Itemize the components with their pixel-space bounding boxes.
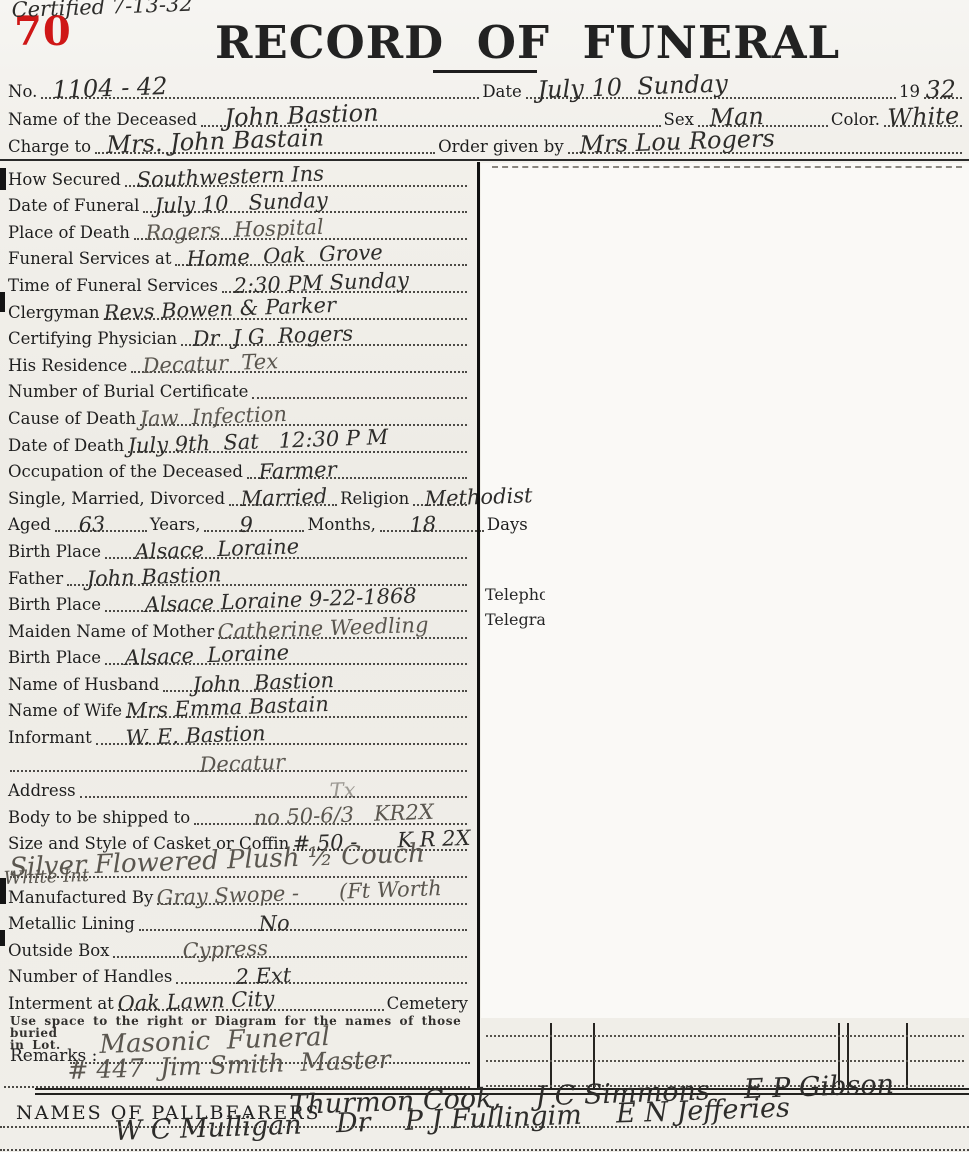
- telephone-label: Telephone: [485, 582, 545, 607]
- field-line: July 9th Sat 12:30 P M: [128, 451, 467, 453]
- form-field-row: Interment atOak Lawn CityCemetery: [8, 987, 470, 1014]
- order-given-by-label: Order given by: [438, 137, 566, 157]
- field-line: 18: [380, 530, 484, 532]
- field-label: Time of Funeral Services: [8, 276, 220, 296]
- field-label: Days: [487, 515, 530, 535]
- field-value: July 10 Sunday: [155, 188, 329, 218]
- field-label: Date of Funeral: [8, 196, 141, 216]
- form-field-row: Metallic LiningNo: [8, 908, 470, 935]
- form-title: RECORD OF FUNERAL: [215, 16, 735, 69]
- form-field-row: Certifying PhysicianDr J G Rogers: [8, 323, 470, 350]
- form-field-row: Outside BoxCypress: [8, 934, 470, 961]
- field-value: John Bastion: [86, 562, 222, 591]
- field-label: Months,: [307, 515, 377, 535]
- year-value: 32: [925, 75, 957, 104]
- form-field-row: AddressTx: [8, 775, 470, 802]
- field-value: Rogers Hospital: [145, 215, 324, 245]
- lot-grid-line: [593, 1023, 595, 1088]
- form-field-row: Name of HusbandJohn Bastion: [8, 668, 470, 695]
- no-label: No.: [8, 82, 39, 102]
- form-field-row: Cause of DeathJaw Infection: [8, 402, 470, 429]
- header-row-name: Name of the Deceased John Bastion Sex Ma…: [8, 104, 965, 130]
- field-label: Outside Box: [8, 941, 111, 961]
- field-label: His Residence: [8, 356, 129, 376]
- field-label: How Secured: [8, 170, 123, 190]
- field-line: Catherine Weedling: [218, 637, 467, 639]
- field-line: Home Oak Grove: [175, 264, 467, 266]
- field-line: 2:30 PM Sunday: [222, 291, 467, 293]
- field-value: No: [258, 911, 290, 936]
- scan-artifact: [0, 930, 5, 946]
- header-separator-dashed: [492, 166, 962, 168]
- field-value: 9: [240, 513, 254, 537]
- pallbearers-rule-1: [0, 1126, 969, 1128]
- field-label: Manufactured By: [8, 888, 155, 908]
- field-line: No: [139, 929, 467, 931]
- side-labels: Telephone Telegram: [485, 582, 545, 634]
- form-field-row: Body to be shipped tono 50-6/3 KR2X: [8, 801, 470, 828]
- year-prefix: 19: [899, 82, 922, 102]
- field-label: Single, Married, Divorced: [8, 489, 227, 509]
- field-label: Cemetery: [387, 994, 470, 1014]
- no-line: 1104 - 42: [41, 97, 479, 99]
- field-value: W. E. Bastion: [125, 721, 266, 750]
- date-label: Date: [482, 82, 523, 102]
- field-value: Farmer: [258, 457, 337, 484]
- form-field-row: Place of DeathRogers Hospital: [8, 216, 470, 243]
- telegram-label: Telegram: [485, 607, 545, 632]
- field-value: Tx: [329, 778, 356, 803]
- header-row-charge: Charge to Mrs. John Bastain Order given …: [8, 131, 965, 157]
- certified-annotation: Certified 7-13-32: [11, 0, 193, 22]
- color-label: Color.: [831, 110, 882, 130]
- scan-artifact: [0, 292, 5, 312]
- field-line: Decatur: [10, 770, 467, 772]
- funeral-record-scan: 70 Certified 7-13-32 RECORD OF FUNERAL N…: [0, 0, 969, 1152]
- field-label: Occupation of the Deceased: [8, 462, 245, 482]
- field-value: Gray Swope - (Ft Worth: [157, 876, 443, 910]
- year-line: 32: [924, 97, 962, 99]
- form-field-row: Birth PlaceAlsace Loraine: [8, 642, 470, 669]
- color-value: White: [887, 102, 960, 132]
- field-label: Father: [8, 569, 65, 589]
- field-label: Maiden Name of Mother: [8, 622, 216, 642]
- lot-grid-row: [486, 1060, 964, 1062]
- field-value: Alsace Loraine: [124, 641, 289, 671]
- field-value: Oak Lawn City: [117, 987, 275, 1016]
- field-line: Alsace Loraine: [105, 663, 467, 665]
- column-divider: [477, 162, 480, 1088]
- form-field-row: Maiden Name of MotherCatherine Weedling: [8, 615, 470, 642]
- form-field-row: His ResidenceDecatur Tex: [8, 349, 470, 376]
- field-label: Body to be shipped to: [8, 808, 192, 828]
- field-line: [252, 397, 467, 399]
- no-value: 1104 - 42: [52, 72, 168, 104]
- field-label: Aged: [8, 515, 53, 535]
- field-value: July 9th Sat 12:30 P M: [127, 424, 388, 457]
- form-field-row: Funeral Services atHome Oak Grove: [8, 243, 470, 270]
- field-line: Dr J G Rogers: [181, 344, 467, 346]
- field-line: Rogers Hospital: [134, 238, 467, 240]
- field-label: Birth Place: [8, 595, 103, 615]
- field-label: Interment at: [8, 994, 116, 1014]
- field-line: Alsace Loraine 9-22-1868: [105, 610, 467, 612]
- form-field-row: Name of WifeMrs Emma Bastain: [8, 695, 470, 722]
- field-line: W. E. Bastion: [96, 743, 467, 745]
- field-line: Married: [229, 504, 337, 506]
- field-value: no 50-6/3 KR2X: [253, 800, 434, 830]
- field-label: Religion: [340, 489, 411, 509]
- field-label: Informant: [8, 728, 94, 748]
- field-label: Cause of Death: [8, 409, 138, 429]
- date-line: July 10 Sunday: [526, 97, 896, 99]
- charge-to-label: Charge to: [8, 137, 93, 157]
- form-field-row: Number of Handles2 Ext: [8, 961, 470, 988]
- field-label: Place of Death: [8, 223, 132, 243]
- form-field-row: Date of FuneralJuly 10 Sunday: [8, 190, 470, 217]
- field-label: Certifying Physician: [8, 329, 179, 349]
- header-row-no-date: No. 1104 - 42 Date July 10 Sunday 19 32: [8, 76, 965, 102]
- field-line: Mrs Emma Bastain: [126, 716, 467, 718]
- field-value: Dr J G Rogers: [192, 322, 353, 352]
- field-label: Clergyman: [8, 303, 102, 323]
- form-field-row: Single, Married, DivorcedMarriedReligion…: [8, 482, 470, 509]
- scan-artifact: [0, 878, 6, 904]
- field-value: Cypress: [183, 936, 269, 963]
- field-line: Alsace Loraine: [105, 557, 467, 559]
- field-value: Decatur: [199, 750, 285, 777]
- field-label: Address: [8, 781, 78, 801]
- deceased-name-label: Name of the Deceased: [8, 110, 199, 130]
- field-line: Cypress: [113, 956, 467, 958]
- field-label: Birth Place: [8, 648, 103, 668]
- lot-grid-row: [486, 1035, 964, 1037]
- order-given-by-value: Mrs Lou Rogers: [579, 124, 775, 159]
- field-line: Southwestern Ins: [125, 185, 467, 187]
- form-field-row: Birth PlaceAlsace Loraine 9-22-1868: [8, 589, 470, 616]
- color-line: White: [884, 125, 962, 127]
- field-label: Funeral Services at: [8, 249, 173, 269]
- field-line: Revs Bowen & Parker: [104, 318, 467, 320]
- form-field-row: Occupation of the DeceasedFarmer: [8, 456, 470, 483]
- field-label: Name of Wife: [8, 701, 124, 721]
- form-fields: How SecuredSouthwestern InsDate of Funer…: [8, 163, 470, 1014]
- form-field-row: How SecuredSouthwestern Ins: [8, 163, 470, 190]
- field-line: Gray Swope - (Ft Worth: [157, 903, 467, 905]
- field-line: Oak Lawn City: [118, 1009, 384, 1011]
- field-value: Decatur Tex: [142, 349, 278, 378]
- field-line: Jaw Infection: [140, 424, 467, 426]
- form-field-row: InformantW. E. Bastion: [8, 721, 470, 748]
- field-value: Revs Bowen & Parker: [103, 292, 336, 324]
- field-line: Tx: [80, 796, 467, 798]
- field-line: 9: [204, 530, 304, 532]
- field-line: Methodist: [413, 504, 467, 506]
- field-overwrite-value: White Int: [3, 865, 89, 889]
- field-value: 2 Ext: [236, 963, 292, 989]
- lot-grid-line: [550, 1023, 552, 1088]
- field-value: Catherine Weedling: [217, 612, 429, 643]
- field-value: Alsace Loraine 9-22-1868: [144, 584, 417, 617]
- form-field-row: Date of DeathJuly 9th Sat 12:30 P M: [8, 429, 470, 456]
- right-column-area: [481, 163, 969, 1018]
- field-label: Name of Husband: [8, 675, 161, 695]
- pallbearers-rule-2: [0, 1149, 969, 1151]
- field-value: Mrs Emma Bastain: [125, 692, 329, 723]
- field-value: Jaw Infection: [139, 402, 287, 431]
- field-value: Alsace Loraine: [134, 534, 299, 564]
- field-line: Farmer: [247, 477, 467, 479]
- lot-grid-line: [906, 1023, 908, 1088]
- header-separator: [0, 159, 969, 161]
- field-line: no 50-6/3 KR2X: [194, 823, 467, 825]
- field-label: Birth Place: [8, 542, 103, 562]
- field-label: Number of Handles: [8, 967, 174, 987]
- form-field-row: Time of Funeral Services2:30 PM Sunday: [8, 269, 470, 296]
- date-value: July 10 Sunday: [537, 69, 728, 104]
- field-value: Southwestern Ins: [136, 161, 324, 192]
- form-field-row: Birth PlaceAlsace Loraine: [8, 535, 470, 562]
- field-value: 18: [409, 512, 437, 537]
- form-field-row: ClergymanRevs Bowen & Parker: [8, 296, 470, 323]
- order-given-by-line: Mrs Lou Rogers: [568, 152, 962, 154]
- field-label: Number of Burial Certificate: [8, 382, 250, 402]
- field-line: Decatur Tex: [131, 371, 467, 373]
- field-line: July 10 Sunday: [143, 211, 467, 213]
- field-value: Married: [240, 484, 327, 511]
- form-field-row: Aged63Years,9Months,18Days: [8, 509, 470, 536]
- field-line: 2 Ext: [176, 982, 467, 984]
- field-value: Home Oak Grove: [187, 241, 384, 272]
- field-label: Date of Death: [8, 436, 126, 456]
- scan-artifact: [0, 168, 6, 190]
- field-label: Years,: [150, 515, 203, 535]
- form-field-row: Decatur: [8, 748, 470, 775]
- form-field-row: White IntManufactured ByGray Swope - (Ft…: [8, 881, 470, 908]
- charge-to-line: Mrs. John Bastain: [95, 152, 435, 154]
- field-value: 63: [78, 512, 106, 537]
- field-line: 63: [55, 530, 147, 532]
- field-label: Metallic Lining: [8, 914, 137, 934]
- form-field-row: Number of Burial Certificate: [8, 376, 470, 403]
- title-rule: [433, 70, 537, 73]
